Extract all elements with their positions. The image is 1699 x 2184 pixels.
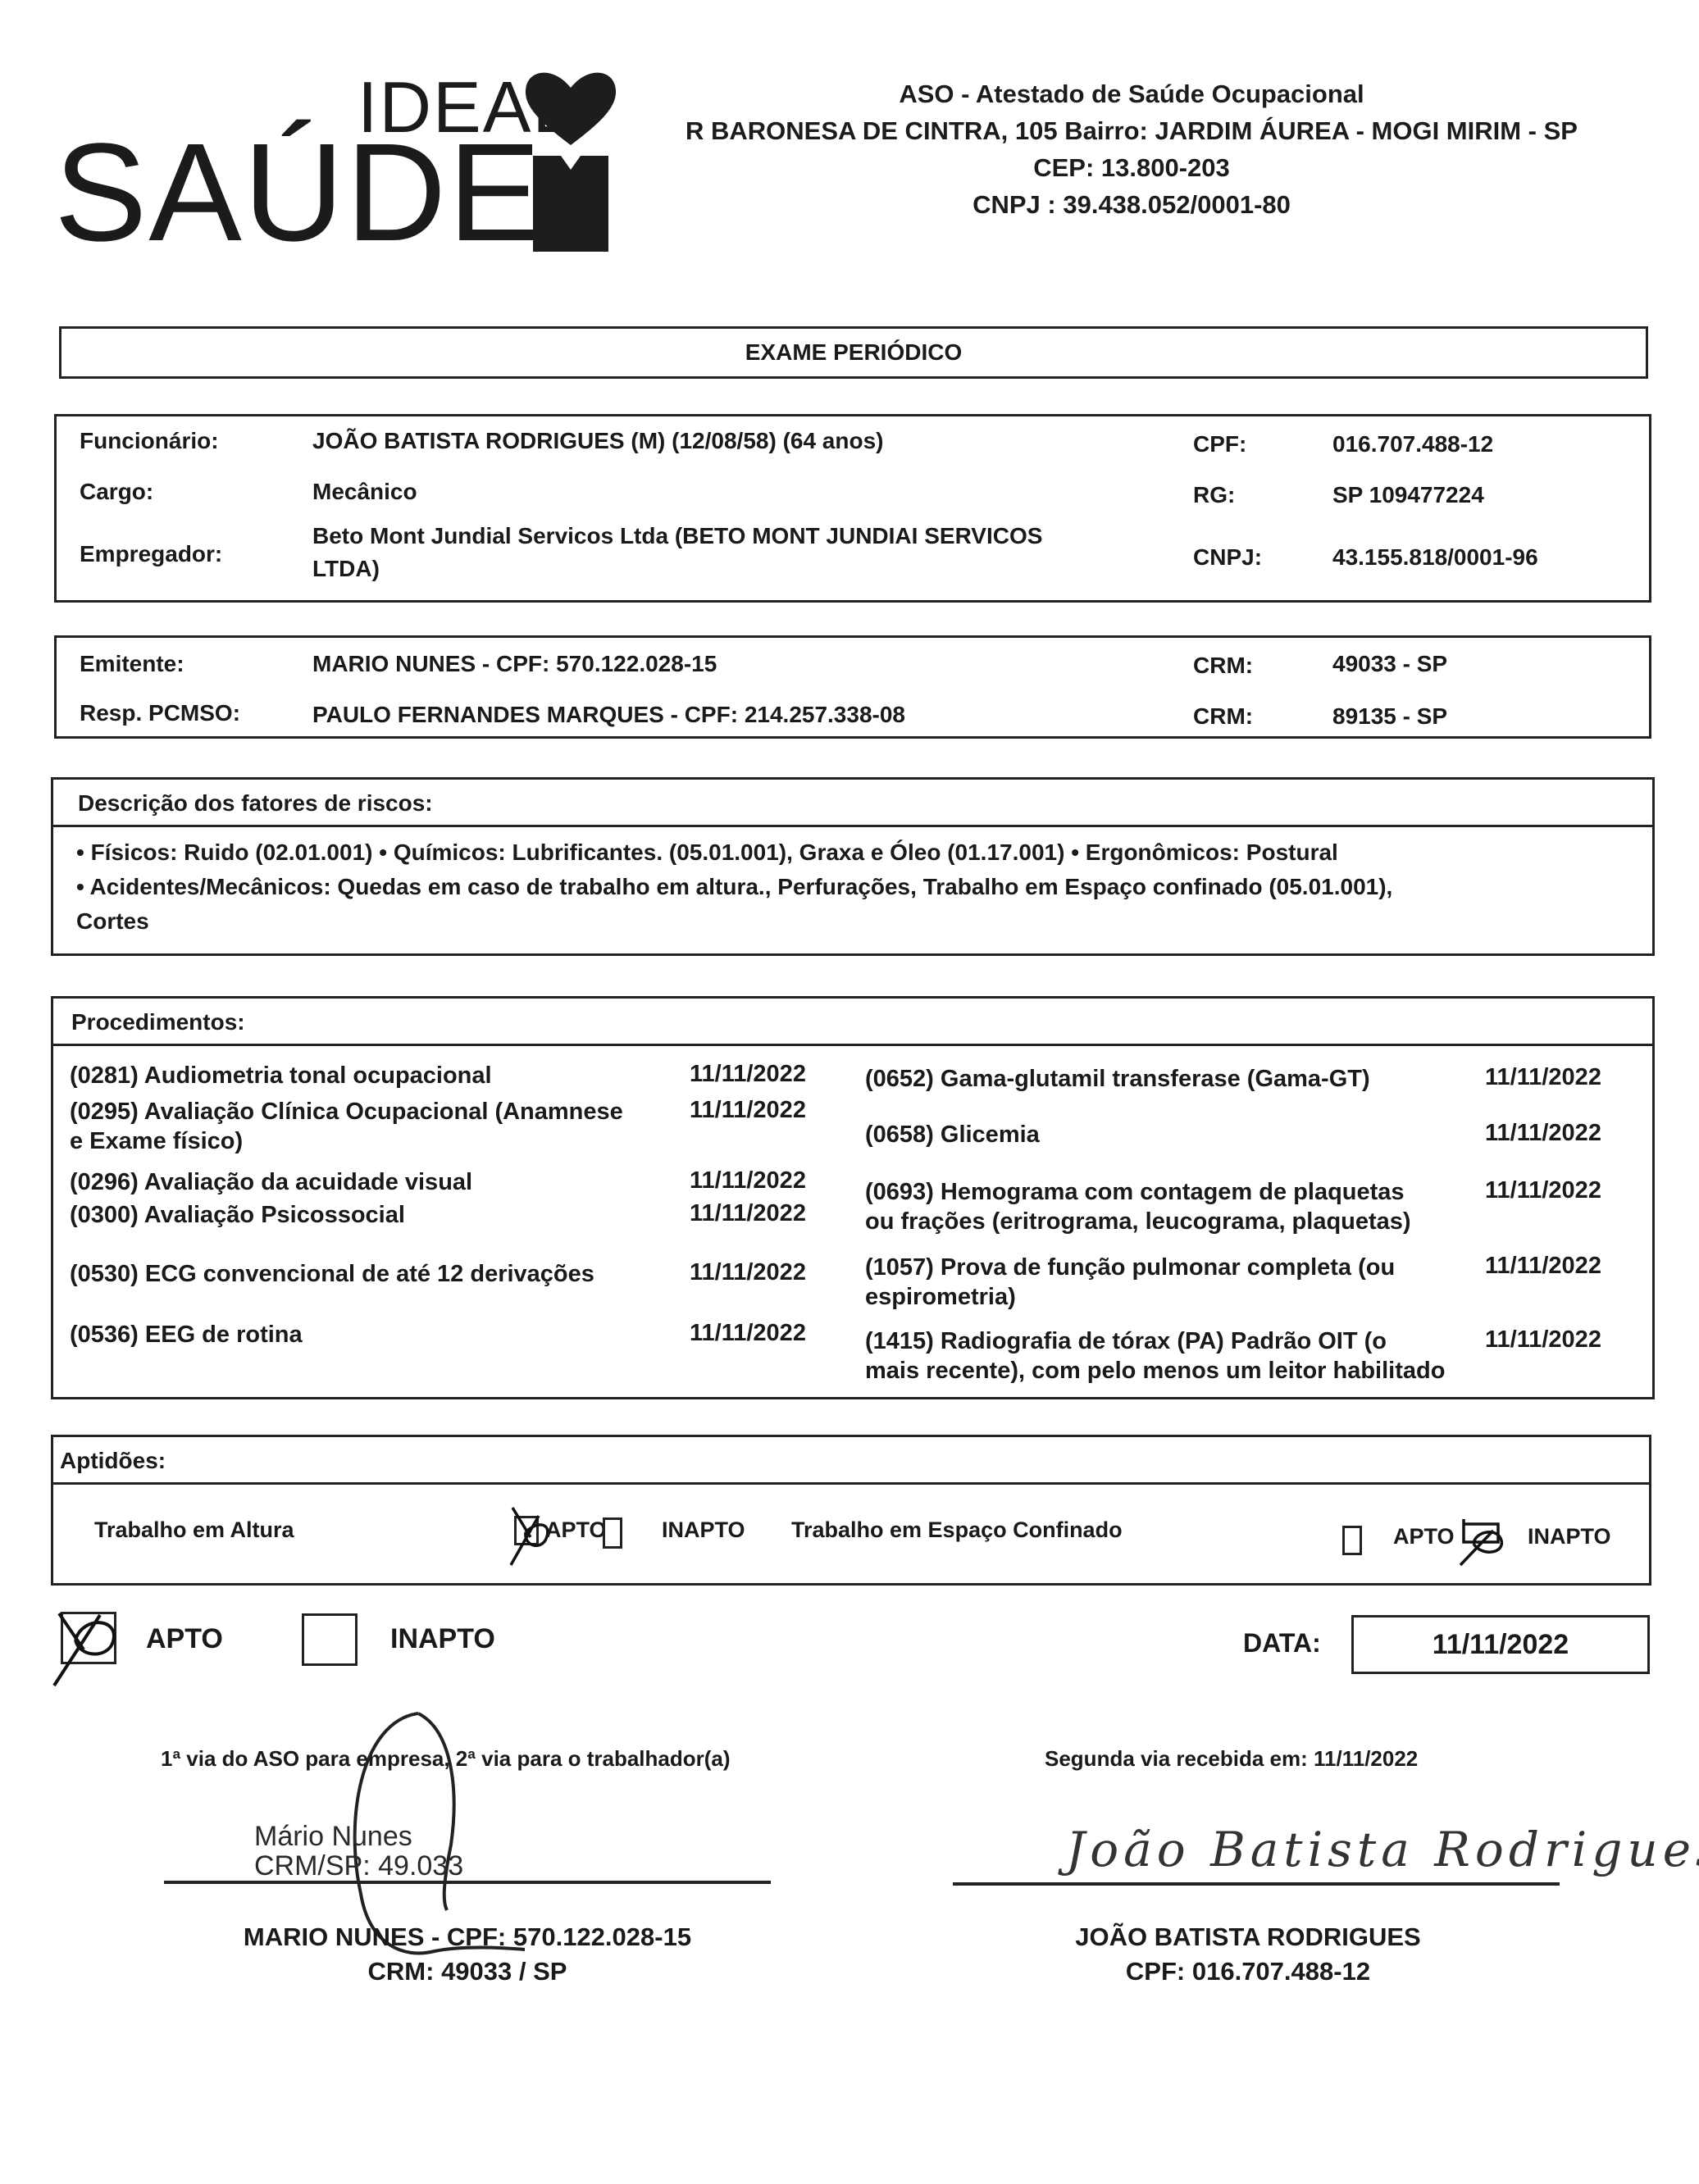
stamp-crm: CRM/SP: 49.033 — [254, 1851, 463, 1881]
received-note: Segunda via recebida em: 11/11/2022 — [1045, 1746, 1418, 1772]
empregador-value-line1: Beto Mont Jundial Servicos Ltda (BETO MO… — [312, 523, 1042, 549]
procedure-name: (0296) Avaliação da acuidade visual — [70, 1167, 472, 1197]
procedure-date: 11/11/2022 — [690, 1259, 806, 1286]
procedure-date: 11/11/2022 — [1485, 1064, 1601, 1091]
logo-text-saude: SAÚDE — [54, 123, 543, 262]
procedure-item: (1415) Radiografia de tórax (PA) Padrão … — [865, 1326, 1445, 1385]
procedure-item: (0295) Avaliação Clínica Ocupacional (An… — [70, 1097, 623, 1156]
empregador-value-line2: LTDA) — [312, 556, 380, 582]
company-logo: IDEAL SAÚDE — [54, 66, 612, 254]
funcionario-value: JOÃO BATISTA RODRIGUES (M) (12/08/58) (6… — [312, 428, 884, 454]
confinado-apto-label: APTO — [1393, 1524, 1455, 1549]
doctor-signature-line — [164, 1881, 771, 1884]
procedure-date: 11/11/2022 — [690, 1061, 806, 1088]
empregador-label: Empregador: — [80, 541, 222, 567]
procedure-name: (0530) ECG convencional de até 12 deriva… — [70, 1259, 594, 1289]
procedure-date: 11/11/2022 — [1485, 1326, 1601, 1354]
worker-signature: João Batista Rodrigues — [1066, 1822, 1699, 1877]
procedure-item: (0652) Gama-glutamil transferase (Gama-G… — [865, 1064, 1370, 1094]
procedure-date: 11/11/2022 — [690, 1200, 806, 1227]
risk-line: • Físicos: Ruido (02.01.001) • Químicos:… — [76, 835, 1634, 870]
risk-factors-section: Descrição dos fatores de riscos: • Físic… — [51, 777, 1655, 956]
exam-type-banner: EXAME PERIÓDICO — [59, 326, 1648, 379]
doctor-name: MARIO NUNES - CPF: 570.122.028-15 — [164, 1920, 771, 1954]
cargo-label: Cargo: — [80, 479, 153, 505]
procedure-item: (0658) Glicemia — [865, 1120, 1040, 1149]
clinic-cnpj: CNPJ : 39.438.052/0001-80 — [648, 186, 1615, 223]
altura-label: Trabalho em Altura — [94, 1517, 294, 1543]
aptitudes-section: Aptidões: Trabalho em Altura APTO INAPTO… — [51, 1435, 1651, 1586]
pcmso-value: PAULO FERNANDES MARQUES - CPF: 214.257.3… — [312, 702, 905, 728]
emitente-crm-value: 49033 - SP — [1332, 651, 1447, 677]
procedure-item: (1057) Prova de função pulmonar completa… — [865, 1253, 1395, 1312]
risk-line: Cortes — [76, 904, 1634, 939]
procedure-name: (1057) Prova de função pulmonar completa… — [865, 1253, 1395, 1282]
cnpj-label: CNPJ: — [1193, 544, 1262, 571]
rg-value: SP 109477224 — [1332, 482, 1484, 508]
procedure-date: 11/11/2022 — [690, 1097, 806, 1124]
worker-name: JOÃO BATISTA RODRIGUES — [953, 1920, 1543, 1954]
procedure-item: (0281) Audiometria tonal ocupacional — [70, 1061, 492, 1090]
cnpj-value: 43.155.818/0001-96 — [1332, 544, 1538, 571]
procedure-name-cont: e Exame físico) — [70, 1126, 623, 1156]
clinic-header: ASO - Atestado de Saúde Ocupacional R BA… — [648, 75, 1615, 223]
final-apto-label: APTO — [146, 1623, 223, 1655]
procedure-item: (0296) Avaliação da acuidade visual — [70, 1167, 472, 1197]
date-value: 11/11/2022 — [1433, 1629, 1569, 1660]
pcmso-label: Resp. PCMSO: — [80, 700, 240, 726]
altura-apto-label: APTO — [527, 1517, 607, 1543]
final-apto-checkbox[interactable] — [61, 1612, 116, 1664]
procedure-name: (0652) Gama-glutamil transferase (Gama-G… — [865, 1064, 1370, 1094]
procedure-date: 11/11/2022 — [1485, 1253, 1601, 1280]
emitente-crm-label: CRM: — [1193, 653, 1253, 679]
altura-inapto-checkbox[interactable] — [603, 1517, 622, 1549]
procedure-name: (0536) EEG de rotina — [70, 1320, 303, 1349]
doctor-crm: CRM: 49033 / SP — [164, 1954, 771, 1989]
stamp-name: Mário Nunes — [254, 1822, 463, 1851]
procedure-date: 11/11/2022 — [690, 1167, 806, 1194]
worker-signature-line — [953, 1882, 1560, 1886]
copies-note: 1ª via do ASO para empresa, 2ª via para … — [161, 1746, 731, 1772]
procedure-item: (0530) ECG convencional de até 12 deriva… — [70, 1259, 594, 1289]
altura-inapto-label: INAPTO — [662, 1517, 745, 1543]
procedure-name: (0693) Hemograma com contagem de plaquet… — [865, 1177, 1411, 1207]
confinado-inapto-check-mark — [1457, 1516, 1511, 1573]
procedures-list: (0281) Audiometria tonal ocupacional11/1… — [53, 1046, 1652, 1399]
final-inapto-checkbox[interactable] — [302, 1613, 358, 1666]
risk-factors-text: • Físicos: Ruido (02.01.001) • Químicos:… — [53, 827, 1652, 947]
cpf-label: CPF: — [1193, 431, 1246, 457]
exam-type: EXAME PERIÓDICO — [745, 339, 962, 365]
procedure-name: (0300) Avaliação Psicossocial — [70, 1200, 405, 1230]
aptitudes-heading: Aptidões: — [53, 1437, 1649, 1485]
worker-cpf: CPF: 016.707.488-12 — [953, 1954, 1543, 1989]
confinado-apto-checkbox[interactable] — [1342, 1526, 1362, 1555]
cargo-value: Mecânico — [312, 479, 417, 505]
procedure-date: 11/11/2022 — [1485, 1177, 1601, 1204]
heart-person-icon — [522, 67, 620, 252]
procedure-name: (0658) Glicemia — [865, 1120, 1040, 1149]
emitente-value: MARIO NUNES - CPF: 570.122.028-15 — [312, 651, 717, 677]
procedure-name: (0281) Audiometria tonal ocupacional — [70, 1061, 492, 1090]
procedures-heading: Procedimentos: — [53, 999, 1652, 1046]
issuer-section: Emitente: MARIO NUNES - CPF: 570.122.028… — [54, 635, 1651, 739]
worker-info: JOÃO BATISTA RODRIGUES CPF: 016.707.488-… — [953, 1920, 1543, 1989]
confinado-label: Trabalho em Espaço Confinado — [791, 1517, 1123, 1543]
procedure-date: 11/11/2022 — [1485, 1120, 1601, 1147]
risk-line: • Acidentes/Mecânicos: Quedas em caso de… — [76, 870, 1634, 904]
doctor-stamp: Mário Nunes CRM/SP: 49.033 — [254, 1822, 463, 1881]
procedure-name-cont: espirometria) — [865, 1282, 1395, 1312]
document-title: ASO - Atestado de Saúde Ocupacional — [648, 75, 1615, 112]
doctor-info: MARIO NUNES - CPF: 570.122.028-15 CRM: 4… — [164, 1920, 771, 1989]
emitente-label: Emitente: — [80, 651, 184, 677]
date-field[interactable]: 11/11/2022 — [1351, 1615, 1650, 1674]
procedure-name: (1415) Radiografia de tórax (PA) Padrão … — [865, 1326, 1445, 1356]
procedure-item: (0536) EEG de rotina — [70, 1320, 303, 1349]
procedure-item: (0300) Avaliação Psicossocial — [70, 1200, 405, 1230]
confinado-inapto-label: INAPTO — [1528, 1524, 1611, 1549]
employee-section: Funcionário: JOÃO BATISTA RODRIGUES (M) … — [54, 414, 1651, 603]
procedures-section: Procedimentos: (0281) Audiometria tonal … — [51, 996, 1655, 1399]
pcmso-crm-label: CRM: — [1193, 703, 1253, 730]
final-inapto-label: INAPTO — [390, 1623, 495, 1655]
clinic-address: R BARONESA DE CINTRA, 105 Bairro: JARDIM… — [648, 112, 1615, 149]
funcionario-label: Funcionário: — [80, 428, 219, 454]
procedure-name: (0295) Avaliação Clínica Ocupacional (An… — [70, 1097, 623, 1126]
procedure-name-cont: ou frações (eritrograma, leucograma, pla… — [865, 1207, 1411, 1236]
pcmso-crm-value: 89135 - SP — [1332, 703, 1447, 730]
procedure-item: (0693) Hemograma com contagem de plaquet… — [865, 1177, 1411, 1236]
procedure-date: 11/11/2022 — [690, 1320, 806, 1347]
date-label: DATA: — [1243, 1628, 1321, 1658]
risk-factors-heading: Descrição dos fatores de riscos: — [53, 780, 1652, 827]
clinic-cep: CEP: 13.800-203 — [648, 149, 1615, 186]
procedure-name-cont: mais recente), com pelo menos um leitor … — [865, 1356, 1445, 1385]
cpf-value: 016.707.488-12 — [1332, 431, 1493, 457]
rg-label: RG: — [1193, 482, 1235, 508]
